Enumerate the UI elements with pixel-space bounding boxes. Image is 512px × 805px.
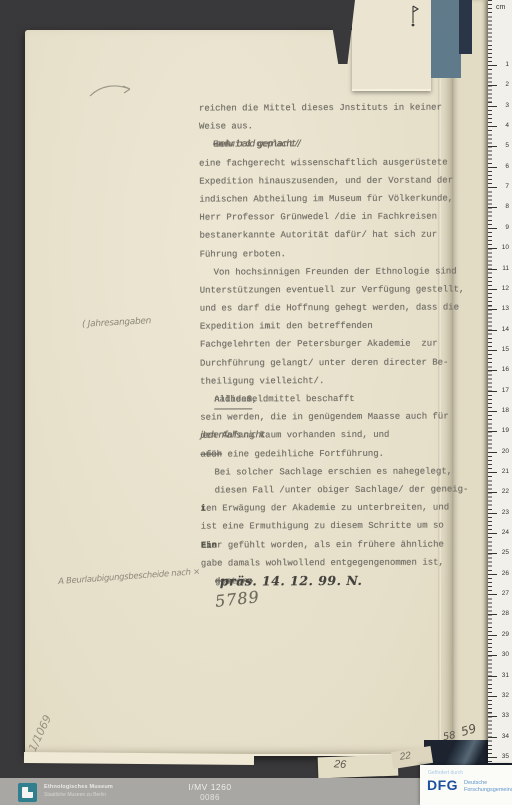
ruler: cm 1234567891011121314151617181920212223… [488, 0, 512, 763]
ruler-number: 22 [502, 488, 509, 495]
ruler-tick [488, 85, 497, 86]
typed-line: diesen Fall /unter obiger Sachlage/ der … [201, 480, 476, 499]
typed-line: Expedition im ⌐ mit den betreffenden [200, 317, 475, 336]
typed-line: All das, nachdem die Geldmittel beschaff… [200, 389, 475, 408]
ruler-number: 25 [502, 549, 509, 556]
ruler-tick [488, 452, 497, 453]
ruler-tick [488, 126, 497, 127]
ruler-unit-label: cm [496, 4, 505, 11]
typed-line: Bei solcher Sachlage erschien es nahegel… [200, 462, 475, 481]
typed-line: Von hochsinnigen Freunden der Ethnologie… [200, 262, 475, 281]
ruler-number: 5 [505, 142, 509, 149]
ruler-number: 17 [502, 387, 509, 394]
ruler-number: 3 [505, 102, 509, 109]
ruler-number: 34 [502, 733, 509, 740]
ruler-number: 10 [502, 244, 509, 251]
ruler-tick [488, 655, 497, 656]
ruler-tick [488, 350, 497, 351]
ruler-number: 7 [505, 183, 509, 190]
ruler-number: 33 [502, 712, 509, 719]
ruler-tick [488, 391, 497, 392]
ruler-number: 20 [502, 448, 509, 455]
typed-line: Expedition hinauszusenden, und der Vorst… [199, 171, 474, 190]
typed-line: Unterstützungen eventuell zur Verfügung … [200, 280, 475, 299]
typed-line: Durchführung gelangt/ unter deren direct… [200, 353, 475, 372]
ruler-tick [488, 696, 497, 697]
paper-fragment-26: 26 [318, 755, 399, 779]
ruler-tick [488, 472, 497, 473]
ruler-number: 31 [502, 672, 509, 679]
ruler-number: 30 [502, 651, 509, 658]
typed-line: 5789 [201, 589, 476, 608]
typed-line: reichen die Mittel dieses Jnstituts in k… [199, 98, 474, 117]
typed-line: eine fachgerecht wissenschaftlich ausger… [199, 153, 474, 172]
ruler-number: 28 [502, 610, 509, 617]
ruler-tick [488, 289, 497, 290]
ruler-tick [488, 330, 497, 331]
ruler-tick [488, 207, 497, 208]
ruler-tick [488, 248, 497, 249]
ruler-number: 14 [502, 326, 509, 333]
typed-line: ten Erwägung der Akademie zu unterbreite… [201, 499, 476, 518]
typed-line: auch für eine gedeihliche Fortführung. [200, 444, 475, 463]
dfg-name-line1: Deutsche [464, 780, 487, 786]
ruler-tick [488, 635, 497, 636]
ruler-tick [488, 431, 497, 432]
item-id: I/MV 1260 [0, 782, 420, 792]
typed-line: eher gefühlt worden, als ein frühere ähn… [201, 535, 476, 554]
typed-line: den Anfang kaum vorhanden sind, und jede… [200, 426, 475, 445]
ruler-number: 26 [502, 570, 509, 577]
typed-text-block: reichen die Mittel dieses Jnstituts in k… [199, 98, 476, 608]
dfg-logo-text: DFG [427, 777, 458, 793]
ruler-tick [488, 65, 497, 66]
ruler-tick [488, 614, 497, 615]
typed-line: Es wird geplant/ und sehr bald gemacht / [199, 135, 474, 154]
ruler-tick [488, 533, 497, 534]
ruler-number: 18 [502, 407, 509, 414]
ruler-number: 27 [502, 590, 509, 597]
ruler-number: 24 [502, 529, 509, 536]
page-bottom-edge [24, 752, 254, 765]
ruler-tick [488, 309, 497, 310]
ruler-tick [488, 228, 497, 229]
typed-line: Herr Professor Grünwedel /die in Fachkre… [199, 208, 474, 227]
binding-slate-block [431, 0, 461, 78]
ruler-number: 6 [505, 163, 509, 170]
ruler-number: 16 [502, 366, 509, 373]
ruler-number: 2 [505, 81, 509, 88]
scan-background: reichen die Mittel dieses Jnstituts in k… [0, 0, 512, 805]
pencil-number-22: 22 [399, 750, 412, 763]
ruler-number: 35 [502, 753, 509, 760]
ink-mark-icon [406, 3, 420, 29]
typed-line: ist eine Ermuthigung zu diesem Schritte … [201, 517, 476, 536]
scan-page-number: 0086 [0, 793, 420, 802]
ruler-number: 15 [502, 346, 509, 353]
dfg-funded-label: Gefördert durch [428, 770, 463, 776]
dfg-name-line2: Forschungsgemeinschaft [464, 787, 512, 793]
upper-sheet-strip [352, 0, 431, 91]
ruler-tick [488, 513, 497, 514]
ruler-tick [488, 370, 497, 371]
ruler-tick [488, 594, 497, 595]
ruler-tick [488, 106, 497, 107]
ruler-number: 32 [502, 692, 509, 699]
ruler-number: 19 [502, 427, 509, 434]
ruler-number: 23 [502, 509, 509, 516]
ruler-number: 11 [502, 265, 509, 272]
ruler-number: 13 [502, 305, 509, 312]
ruler-tick [488, 167, 497, 168]
typed-line: und es darf die Hoffnung gehegt werden, … [200, 298, 475, 317]
ruler-number: 21 [502, 468, 509, 475]
typed-line: theiligung vielleicht/. [200, 371, 475, 390]
typed-line: bestanerkannte Autorität dafür/ hat sich… [199, 226, 474, 245]
ruler-tick [488, 411, 497, 412]
ruler-tick [488, 269, 497, 270]
ruler-number: 9 [505, 224, 509, 231]
binding-navy-block [459, 0, 472, 54]
ruler-tick [488, 757, 497, 758]
typed-line: Fachgelehrten der Petersburger Akademie … [200, 335, 475, 354]
ruler-number: 8 [505, 203, 509, 210]
ruler-tick [488, 146, 497, 147]
ruler-tick [488, 676, 497, 677]
ruler-number: 12 [502, 285, 509, 292]
typed-line: gabe damals wohlwollend entgegengenommen… [201, 553, 476, 572]
typed-line: sein werden, die in genügendem Maasse au… [200, 408, 475, 427]
pencil-scribble-icon [88, 80, 136, 100]
ruler-number: 4 [505, 122, 509, 129]
typed-line: Führung erboten. [200, 244, 475, 263]
ruler-tick [488, 574, 497, 575]
ruler-tick [488, 492, 497, 493]
ruler-number: 29 [502, 631, 509, 638]
dfg-credit-box: Gefördert durch DFG Deutsche Forschungsg… [420, 765, 512, 805]
ruler-tick [488, 187, 497, 188]
ruler-tick [488, 716, 497, 717]
ruler-tick [488, 737, 497, 738]
typed-line: indischen Abtheilung im Museum für Völke… [199, 189, 474, 208]
typed-line: Weise aus. [199, 117, 474, 136]
pencil-number-26: 26 [334, 758, 347, 771]
ruler-tick [488, 553, 497, 554]
ruler-number: 1 [505, 61, 509, 68]
